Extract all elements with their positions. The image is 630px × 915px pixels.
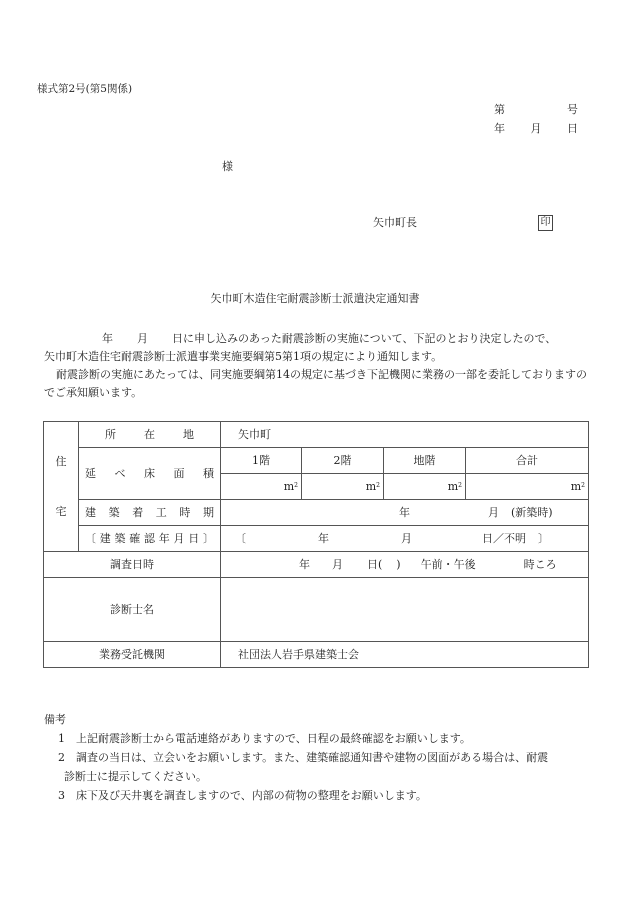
note-number: 1 <box>58 729 76 748</box>
table-row-confirmation-date: 〔 建 築 確 認 年 月 日 〕 〔年月日／不明〕 <box>44 526 589 552</box>
label-char: 在 <box>144 428 155 442</box>
inspector-name-field[interactable] <box>221 578 589 642</box>
label-char: 築 <box>109 506 120 520</box>
survey-datetime-label: 調査日時 <box>44 552 221 578</box>
floor-2-header: 2階 <box>302 448 384 474</box>
confirmation-date-label: 〔 建 築 確 認 年 月 日 〕 <box>79 526 221 552</box>
label-char: 積 <box>203 467 214 481</box>
label-char: 日 <box>188 532 199 546</box>
floor-1-header: 1階 <box>221 448 302 474</box>
floor-2-area-field[interactable]: m2 <box>302 474 384 500</box>
contractor-label: 業務受託機関 <box>44 642 221 668</box>
label-char: 認 <box>144 532 155 546</box>
label-char: 工 <box>156 506 167 520</box>
body-paragraph-2: 耐震診断の実施にあたっては、同実施要綱第14の規定に基づき下記機関に業務の一部を… <box>44 366 594 402</box>
form-id: 様式第2号(第5関係) <box>37 82 132 96</box>
new-construction-note: (新築時) <box>511 506 553 520</box>
body-paragraph-1: 年月日に申し込みのあった耐震診断の実施について、下記のとおり決定したので、 <box>44 330 594 348</box>
label-char: 建 <box>85 506 96 520</box>
note-number: 3 <box>58 786 76 805</box>
group-label-char: 住 <box>56 455 67 469</box>
total-header: 合計 <box>466 448 589 474</box>
date-year: 年 <box>494 122 505 136</box>
inspector-name-label: 診断士名 <box>44 578 221 642</box>
survey-datetime-field[interactable]: 年月日()午前・午後時ころ <box>221 552 589 578</box>
unit: m <box>366 480 376 493</box>
notes-section: 備考 1上記耐震診断士から電話連絡がありますので、日程の最終確認をお願いします。… <box>44 710 604 805</box>
unit-sup: 2 <box>581 482 585 489</box>
month-unit: 月 <box>332 558 343 572</box>
label-char: 確 <box>129 532 140 546</box>
label-char: 〔 <box>85 532 96 546</box>
label-char: 建 <box>100 532 111 546</box>
table-row-construction-start: 建 築 着 工 時 期 年月(新築時) <box>44 500 589 526</box>
label-char: 築 <box>115 532 126 546</box>
note-text: 調査の当日は、立会いをお願いします。また、建築確認通知書や建物の図面がある場合は… <box>76 751 548 764</box>
note-number: 2 <box>58 748 76 767</box>
issue-date: 年 月 日 <box>494 122 578 136</box>
doc-number-prefix: 第 <box>494 103 505 117</box>
year-unit: 年 <box>299 558 310 572</box>
date-day: 日 <box>567 122 578 136</box>
addressee-suffix: 様 <box>222 160 233 174</box>
label-char: 地 <box>183 428 194 442</box>
note-item-2: 2調査の当日は、立会いをお願いします。また、建築確認通知書や建物の図面がある場合… <box>44 748 604 767</box>
table-row-survey-datetime: 調査日時 年月日()午前・午後時ころ <box>44 552 589 578</box>
issuer: 矢巾町長 <box>373 216 417 230</box>
para-text: 日に申し込みのあった耐震診断の実施について、下記のとおり決定したので、 <box>172 332 556 345</box>
para-year: 年 <box>102 332 113 345</box>
table-row-contractor: 業務受託機関 社団法人岩手県建築士会 <box>44 642 589 668</box>
unit: m <box>284 480 294 493</box>
label-char: 年 <box>159 532 170 546</box>
year-unit: 年 <box>399 506 410 520</box>
day-unknown: 日／不明 <box>482 532 526 546</box>
document-title: 矢巾町木造住宅耐震診断士派遣決定通知書 <box>0 292 630 306</box>
basement-header: 地階 <box>384 448 466 474</box>
detail-table: 住 宅 所 在 地 矢巾町 延 べ 床 面 積 1階 2階 地階 合計 <box>43 421 589 668</box>
body-text: 年月日に申し込みのあった耐震診断の実施について、下記のとおり決定したので、 矢巾… <box>44 330 594 402</box>
month-unit: 月 <box>488 506 499 520</box>
label-char: 月 <box>174 532 185 546</box>
note-text: 上記耐震診断士から電話連絡がありますので、日程の最終確認をお願いします。 <box>76 732 471 745</box>
construction-start-field[interactable]: 年月(新築時) <box>221 500 589 526</box>
label-char: 着 <box>132 506 143 520</box>
unit: m <box>571 480 581 493</box>
bracket-open: 〔 <box>235 532 246 546</box>
month-unit: 月 <box>401 532 412 546</box>
label-char: 時 <box>179 506 190 520</box>
weekday-close: ) <box>396 558 400 572</box>
basement-area-field[interactable]: m2 <box>384 474 466 500</box>
unit-sup: 2 <box>376 482 380 489</box>
table-row-location: 住 宅 所 在 地 矢巾町 <box>44 422 589 448</box>
label-char: 面 <box>174 467 185 481</box>
day-unit: 日( <box>367 558 382 572</box>
total-area-field[interactable]: m2 <box>466 474 589 500</box>
body-paragraph-1-line2: 矢巾町木造住宅耐震診断士派遣事業実施要綱第5第1項の規定により通知します。 <box>44 348 594 366</box>
label-char: 延 <box>85 467 96 481</box>
label-char: 所 <box>105 428 116 442</box>
confirmation-date-field[interactable]: 〔年月日／不明〕 <box>221 526 589 552</box>
construction-start-label: 建 築 着 工 時 期 <box>79 500 221 526</box>
para-month: 月 <box>137 332 148 345</box>
hour-unit: 時ころ <box>524 558 557 572</box>
floor-area-label: 延 べ 床 面 積 <box>79 448 221 500</box>
date-month: 月 <box>531 122 542 136</box>
year-unit: 年 <box>318 532 329 546</box>
floor-1-area-field[interactable]: m2 <box>221 474 302 500</box>
note-item-1: 1上記耐震診断士から電話連絡がありますので、日程の最終確認をお願いします。 <box>44 729 604 748</box>
contractor-value[interactable]: 社団法人岩手県建築士会 <box>221 642 589 668</box>
doc-number-suffix: 号 <box>567 103 578 117</box>
document-number: 第 号 <box>494 103 578 117</box>
group-label-house: 住 宅 <box>44 422 79 552</box>
seal-box: 印 <box>538 215 553 231</box>
notes-heading: 備考 <box>44 710 604 729</box>
note-item-2-cont: 診断士に提示してください。 <box>44 767 604 786</box>
note-text: 床下及び天井裏を調査しますので、内部の荷物の整理をお願いします。 <box>76 789 427 802</box>
note-item-3: 3床下及び天井裏を調査しますので、内部の荷物の整理をお願いします。 <box>44 786 604 805</box>
unit-sup: 2 <box>294 482 298 489</box>
am-pm: 午前・午後 <box>421 558 476 572</box>
unit-sup: 2 <box>458 482 462 489</box>
label-char: べ <box>115 467 126 481</box>
table-row-floor-area-header: 延 べ 床 面 積 1階 2階 地階 合計 <box>44 448 589 474</box>
table-row-inspector: 診断士名 <box>44 578 589 642</box>
label-char: 〕 <box>203 532 214 546</box>
group-label-char: 宅 <box>56 505 67 519</box>
label-char: 期 <box>203 506 214 520</box>
location-value[interactable]: 矢巾町 <box>221 422 589 448</box>
bracket-close: 〕 <box>538 532 549 546</box>
label-char: 床 <box>144 467 155 481</box>
unit: m <box>448 480 458 493</box>
location-label: 所 在 地 <box>79 422 221 448</box>
